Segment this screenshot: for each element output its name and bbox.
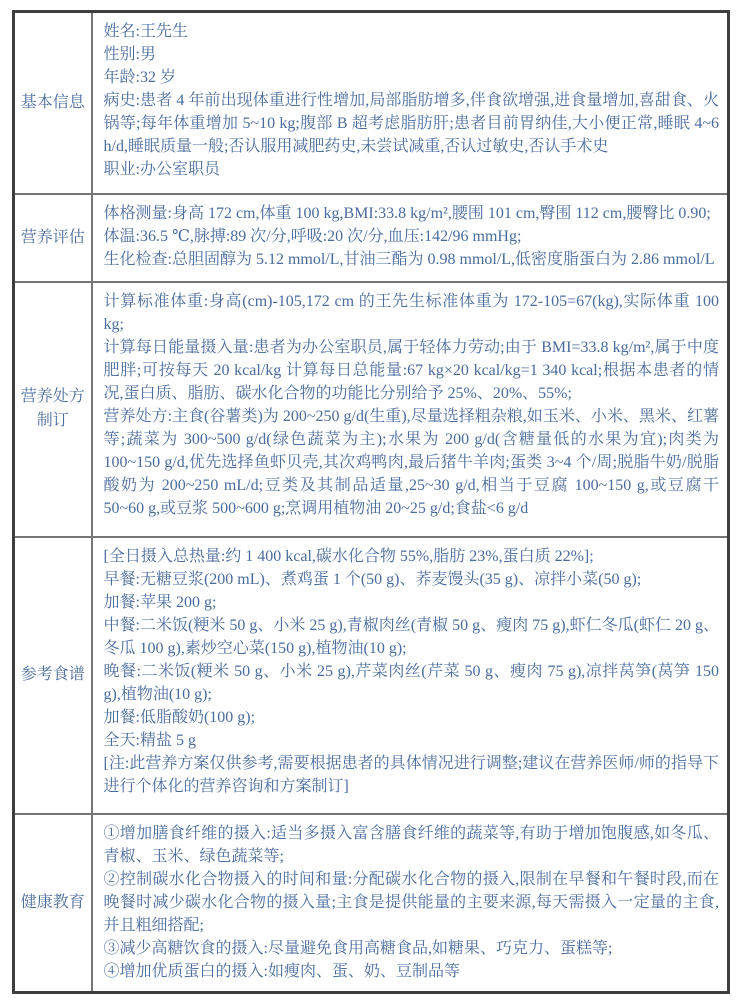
- nutrition-case-table: 基本信息 姓名:王先生性别:男年龄:32 岁病史:患者 4 年前出现体重进行性增…: [12, 10, 730, 994]
- paragraph: 病史:患者 4 年前出现体重进行性增加,局部脂肪增多,伴食欲增强,进食量增加,喜…: [104, 89, 720, 158]
- paragraph: ①增加膳食纤维的摄入:适当多摄入富含膳食纤维的蔬菜等,有助于增加饱腹感,如冬瓜、…: [104, 822, 720, 868]
- paragraph: 中餐:二米饭(粳米 50 g、小米 25 g),青椒肉丝(青椒 50 g、瘦肉 …: [104, 614, 720, 660]
- paragraph: 职业:办公室职员: [104, 158, 720, 181]
- paragraph: 计算标准体重:身高(cm)-105,172 cm 的王先生标准体重为 172-1…: [104, 290, 720, 336]
- row-label-nutrition-assessment: 营养评估: [14, 194, 92, 282]
- paragraph: ②控制碳水化合物摄入的时间和量:分配碳水化合物的摄入,限制在早餐和午餐时段,而在…: [104, 868, 720, 937]
- paragraph: 计算每日能量摄入量:患者为办公室职员,属于轻体力劳动;由于 BMI=33.8 k…: [104, 336, 720, 405]
- table-row-health-education: 健康教育 ①增加膳食纤维的摄入:适当多摄入富含膳食纤维的蔬菜等,有助于增加饱腹感…: [14, 814, 729, 993]
- row-content-nutrition-prescription: 计算标准体重:身高(cm)-105,172 cm 的王先生标准体重为 172-1…: [92, 282, 729, 537]
- paragraph: 营养处方:主食(谷薯类)为 200~250 g/d(生重),尽量选择粗杂粮,如玉…: [104, 405, 720, 520]
- row-label-nutrition-prescription: 营养处方 制订: [14, 282, 92, 537]
- paragraph: 性别:男: [104, 43, 720, 66]
- row-label-reference-recipes: 参考食谱: [14, 537, 92, 814]
- paragraph: ④增加优质蛋白的摄入:如瘦肉、蛋、奶、豆制品等: [104, 960, 720, 983]
- row-content-basic-info: 姓名:王先生性别:男年龄:32 岁病史:患者 4 年前出现体重进行性增加,局部脂…: [92, 12, 729, 194]
- paragraph: 晚餐:二米饭(粳米 50 g、小米 25 g),芹菜肉丝(芹菜 50 g、瘦肉 …: [104, 660, 720, 706]
- table-row-nutrition-assessment: 营养评估 体格测量:身高 172 cm,体重 100 kg,BMI:33.8 k…: [14, 194, 729, 282]
- row-content-health-education: ①增加膳食纤维的摄入:适当多摄入富含膳食纤维的蔬菜等,有助于增加饱腹感,如冬瓜、…: [92, 814, 729, 993]
- paragraph: 生化检查:总胆固醇为 5.12 mmol/L,甘油三酯为 0.98 mmol/L…: [104, 248, 720, 271]
- paragraph: ③减少高糖饮食的摄入:尽量避免食用高糖食品,如糖果、巧克力、蛋糕等;: [104, 937, 720, 960]
- page: 基本信息 姓名:王先生性别:男年龄:32 岁病史:患者 4 年前出现体重进行性增…: [0, 0, 742, 1000]
- paragraph: 体温:36.5 ℃,脉搏:89 次/分,呼吸:20 次/分,血压:142/96 …: [104, 225, 720, 248]
- paragraph: 加餐:苹果 200 g;: [104, 591, 720, 614]
- paragraph: 全天:精盐 5 g: [104, 729, 720, 752]
- paragraph: 体格测量:身高 172 cm,体重 100 kg,BMI:33.8 kg/m²,…: [104, 202, 720, 225]
- row-label-basic-info: 基本信息: [14, 12, 92, 194]
- table-row-reference-recipes: 参考食谱 [全日摄入总热量:约 1 400 kcal,碳水化合物 55%,脂肪 …: [14, 537, 729, 814]
- table-row-nutrition-prescription: 营养处方 制订 计算标准体重:身高(cm)-105,172 cm 的王先生标准体…: [14, 282, 729, 537]
- paragraph: [注:此营养方案仅供参考,需要根据患者的具体情况进行调整;建议在营养医师/师的指…: [104, 752, 720, 798]
- table-row-basic-info: 基本信息 姓名:王先生性别:男年龄:32 岁病史:患者 4 年前出现体重进行性增…: [14, 12, 729, 194]
- row-content-nutrition-assessment: 体格测量:身高 172 cm,体重 100 kg,BMI:33.8 kg/m²,…: [92, 194, 729, 282]
- paragraph: 年龄:32 岁: [104, 66, 720, 89]
- paragraph: 早餐:无糖豆浆(200 mL)、煮鸡蛋 1 个(50 g)、荞麦馒头(35 g)…: [104, 568, 720, 591]
- row-label-health-education: 健康教育: [14, 814, 92, 993]
- paragraph: [全日摄入总热量:约 1 400 kcal,碳水化合物 55%,脂肪 23%,蛋…: [104, 545, 720, 568]
- row-content-reference-recipes: [全日摄入总热量:约 1 400 kcal,碳水化合物 55%,脂肪 23%,蛋…: [92, 537, 729, 814]
- paragraph: 加餐:低脂酸奶(100 g);: [104, 706, 720, 729]
- paragraph: 姓名:王先生: [104, 20, 720, 43]
